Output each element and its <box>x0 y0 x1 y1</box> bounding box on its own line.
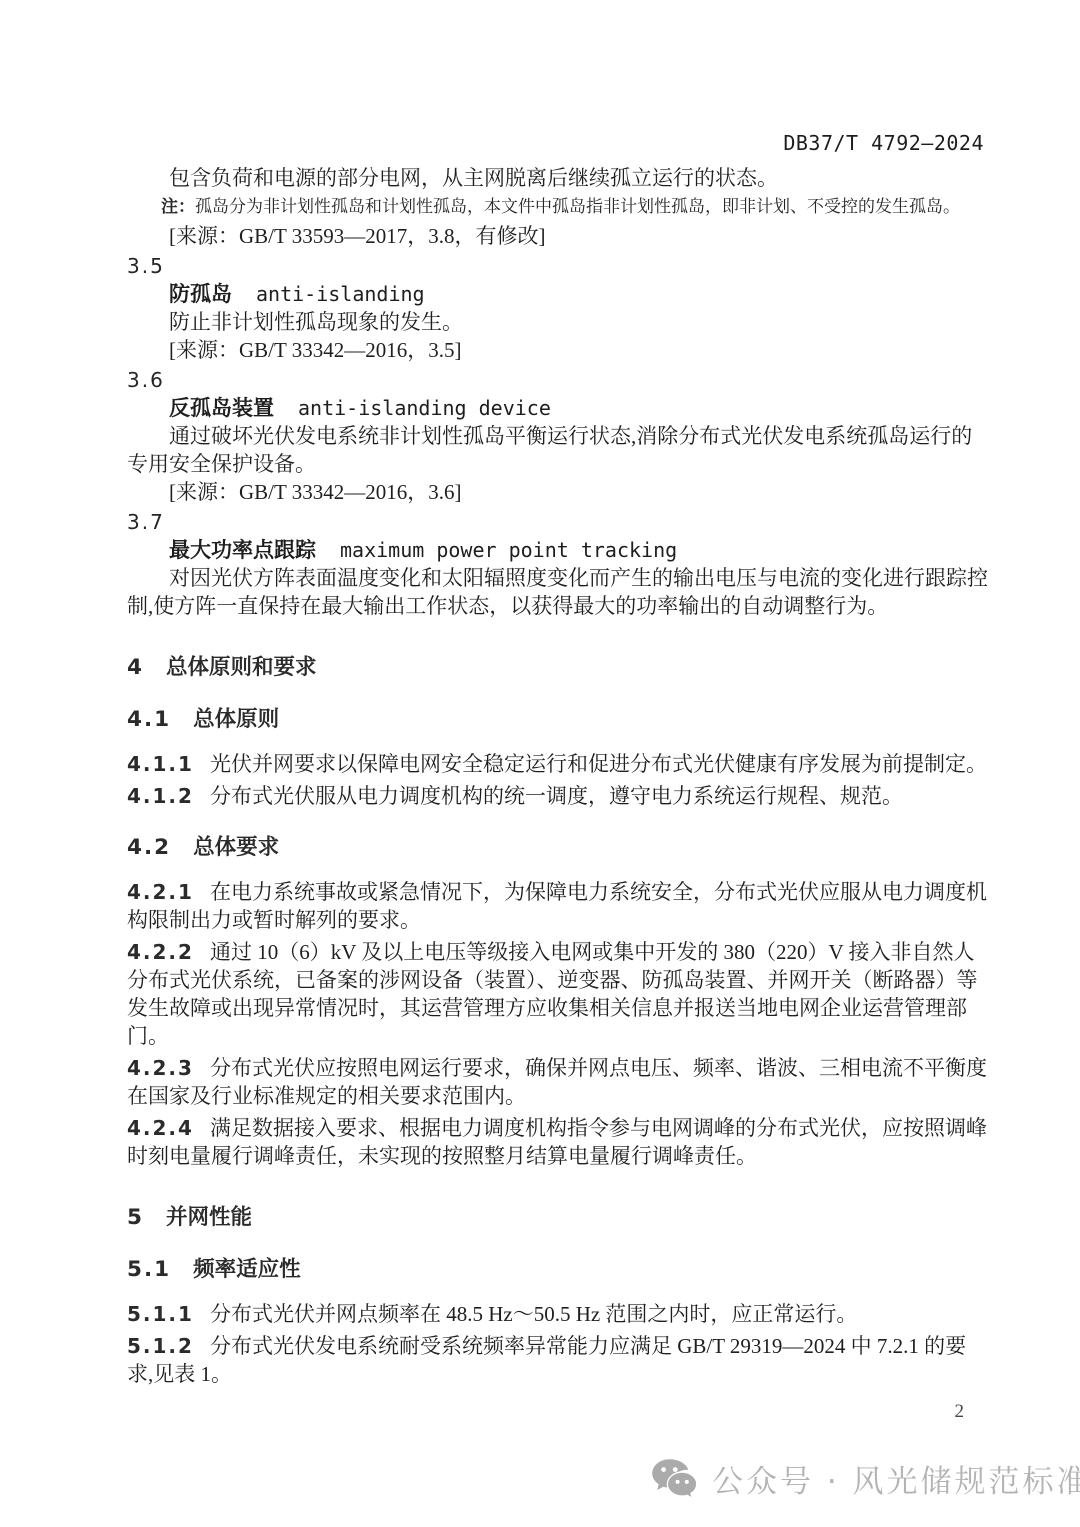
term-source: [来源：GB/T 33342—2016，3.5] <box>127 336 988 364</box>
term-3-4-source: [来源：GB/T 33593—2017，3.8，有修改] <box>127 222 988 250</box>
clause-number: 4.2.3 <box>127 1056 194 1080</box>
clause-number: 4.2.2 <box>127 940 194 964</box>
term-title-en: anti-islanding <box>256 282 425 306</box>
note-label: 注： <box>161 197 195 217</box>
section-title: 总体原则 <box>193 707 279 732</box>
term-number: 3.7 <box>127 508 988 536</box>
term-definition: 通过破坏光伏发电系统非计划性孤岛平衡运行状态,消除分布式光伏发电系统孤岛运行的专… <box>127 422 988 478</box>
clause-number: 5.1.2 <box>127 1334 194 1358</box>
clause-text: 分布式光伏应按照电网运行要求，确保并网点电压、频率、谐波、三相电流不平衡度在国家… <box>127 1056 987 1108</box>
chapter-title: 总体原则和要求 <box>166 655 317 680</box>
chapter-number: 4 <box>127 655 144 680</box>
term-title: 防孤岛anti-islanding <box>127 280 988 308</box>
clause-text: 满足数据接入要求、根据电力调度机构指令参与电网调峰的分布式光伏，应按照调峰时刻电… <box>127 1116 987 1168</box>
section-4-1-heading: 4.1总体原则 <box>127 706 988 734</box>
clause-number: 4.2.1 <box>127 880 194 904</box>
section-number: 5.1 <box>127 1257 171 1282</box>
term-entry-3-6: 3.6 反孤岛装置anti-islanding device 通过破坏光伏发电系… <box>127 366 988 506</box>
clause-4-2-4: 4.2.4满足数据接入要求、根据电力调度机构指令参与电网调峰的分布式光伏，应按照… <box>127 1114 988 1170</box>
clause-text: 分布式光伏并网点频率在 48.5 Hz～50.5 Hz 范围之内时，应正常运行。 <box>210 1302 857 1326</box>
clause-4-1-1: 4.1.1光伏并网要求以保障电网安全稳定运行和促进分布式光伏健康有序发展为前提制… <box>127 750 988 778</box>
term-note: 注：孤岛分为非计划性孤岛和计划性孤岛，本文件中孤岛指非计划性孤岛，即非计划、不受… <box>161 194 988 220</box>
term-title-zh: 反孤岛装置 <box>169 396 274 420</box>
term-title-zh: 防孤岛 <box>169 282 232 306</box>
wechat-icon <box>651 1457 698 1500</box>
term-title-zh: 最大功率点跟踪 <box>169 538 316 562</box>
term-entry-3-7: 3.7 最大功率点跟踪maximum power point tracking … <box>127 508 988 620</box>
note-text: 孤岛分为非计划性孤岛和计划性孤岛，本文件中孤岛指非计划性孤岛，即非计划、不受控的… <box>195 197 960 216</box>
clause-number: 4.1.1 <box>127 752 194 776</box>
chapter-title: 并网性能 <box>166 1205 252 1230</box>
term-3-4-definition-continued: 包含负荷和电源的部分电网，从主网脱离后继续孤立运行的状态。 <box>127 164 988 192</box>
section-title: 总体要求 <box>193 835 279 860</box>
term-entry-3-5: 3.5 防孤岛anti-islanding 防止非计划性孤岛现象的发生。 [来源… <box>127 252 988 364</box>
section-number: 4.1 <box>127 707 171 732</box>
chapter-4-heading: 4总体原则和要求 <box>127 654 988 682</box>
clause-number: 4.2.4 <box>127 1116 194 1140</box>
term-definition: 对因光伏方阵表面温度变化和太阳辐照度变化而产生的输出电压与电流的变化进行跟踪控制… <box>127 564 988 620</box>
watermark-text: 公众号 · 风光储规范标准 <box>712 1456 1080 1501</box>
term-source: [来源：GB/T 33342—2016，3.6] <box>127 478 988 506</box>
clause-text: 分布式光伏发电系统耐受系统频率异常能力应满足 GB/T 29319—2024 中… <box>127 1334 966 1386</box>
page-number: 2 <box>955 1401 965 1423</box>
clause-4-2-2: 4.2.2通过 10（6）kV 及以上电压等级接入电网或集中开发的 380（22… <box>127 938 988 1050</box>
clause-text: 在电力系统事故或紧急情况下，为保障电力系统安全，分布式光伏应服从电力调度机构限制… <box>127 880 987 932</box>
clause-number: 4.1.2 <box>127 784 194 808</box>
section-5-1-heading: 5.1频率适应性 <box>127 1256 988 1284</box>
clause-text: 光伏并网要求以保障电网安全稳定运行和促进分布式光伏健康有序发展为前提制定。 <box>210 752 987 776</box>
clause-5-1-1: 5.1.1分布式光伏并网点频率在 48.5 Hz～50.5 Hz 范围之内时，应… <box>127 1300 988 1328</box>
clause-4-1-2: 4.1.2分布式光伏服从电力调度机构的统一调度，遵守电力系统运行规程、规范。 <box>127 782 988 810</box>
section-title: 频率适应性 <box>193 1257 301 1282</box>
watermark: 公众号 · 风光储规范标准 <box>651 1456 1080 1501</box>
term-title: 最大功率点跟踪maximum power point tracking <box>127 536 988 564</box>
chapter-5-heading: 5并网性能 <box>127 1204 988 1232</box>
clause-text: 通过 10（6）kV 及以上电压等级接入电网或集中开发的 380（220）V 接… <box>127 940 978 1048</box>
term-title: 反孤岛装置anti-islanding device <box>127 394 988 422</box>
clause-4-2-1: 4.2.1在电力系统事故或紧急情况下，为保障电力系统安全，分布式光伏应服从电力调… <box>127 878 988 934</box>
clause-number: 5.1.1 <box>127 1302 194 1326</box>
term-title-en: maximum power point tracking <box>340 538 677 562</box>
section-4-2-heading: 4.2总体要求 <box>127 834 988 862</box>
document-page: DB37/T 4792—2024 包含负荷和电源的部分电网，从主网脱离后继续孤立… <box>0 0 1080 1527</box>
term-number: 3.5 <box>127 252 988 280</box>
term-definition: 防止非计划性孤岛现象的发生。 <box>127 308 988 336</box>
term-number: 3.6 <box>127 366 988 394</box>
clause-4-2-3: 4.2.3分布式光伏应按照电网运行要求，确保并网点电压、频率、谐波、三相电流不平… <box>127 1054 988 1110</box>
clause-text: 分布式光伏服从电力调度机构的统一调度，遵守电力系统运行规程、规范。 <box>210 784 903 808</box>
clause-5-1-2: 5.1.2分布式光伏发电系统耐受系统频率异常能力应满足 GB/T 29319—2… <box>127 1332 988 1388</box>
running-header-doc-code: DB37/T 4792—2024 <box>783 131 984 155</box>
chapter-number: 5 <box>127 1205 144 1230</box>
document-body: 包含负荷和电源的部分电网，从主网脱离后继续孤立运行的状态。 注：孤岛分为非计划性… <box>127 164 988 1388</box>
term-title-en: anti-islanding device <box>298 396 551 420</box>
section-number: 4.2 <box>127 835 171 860</box>
